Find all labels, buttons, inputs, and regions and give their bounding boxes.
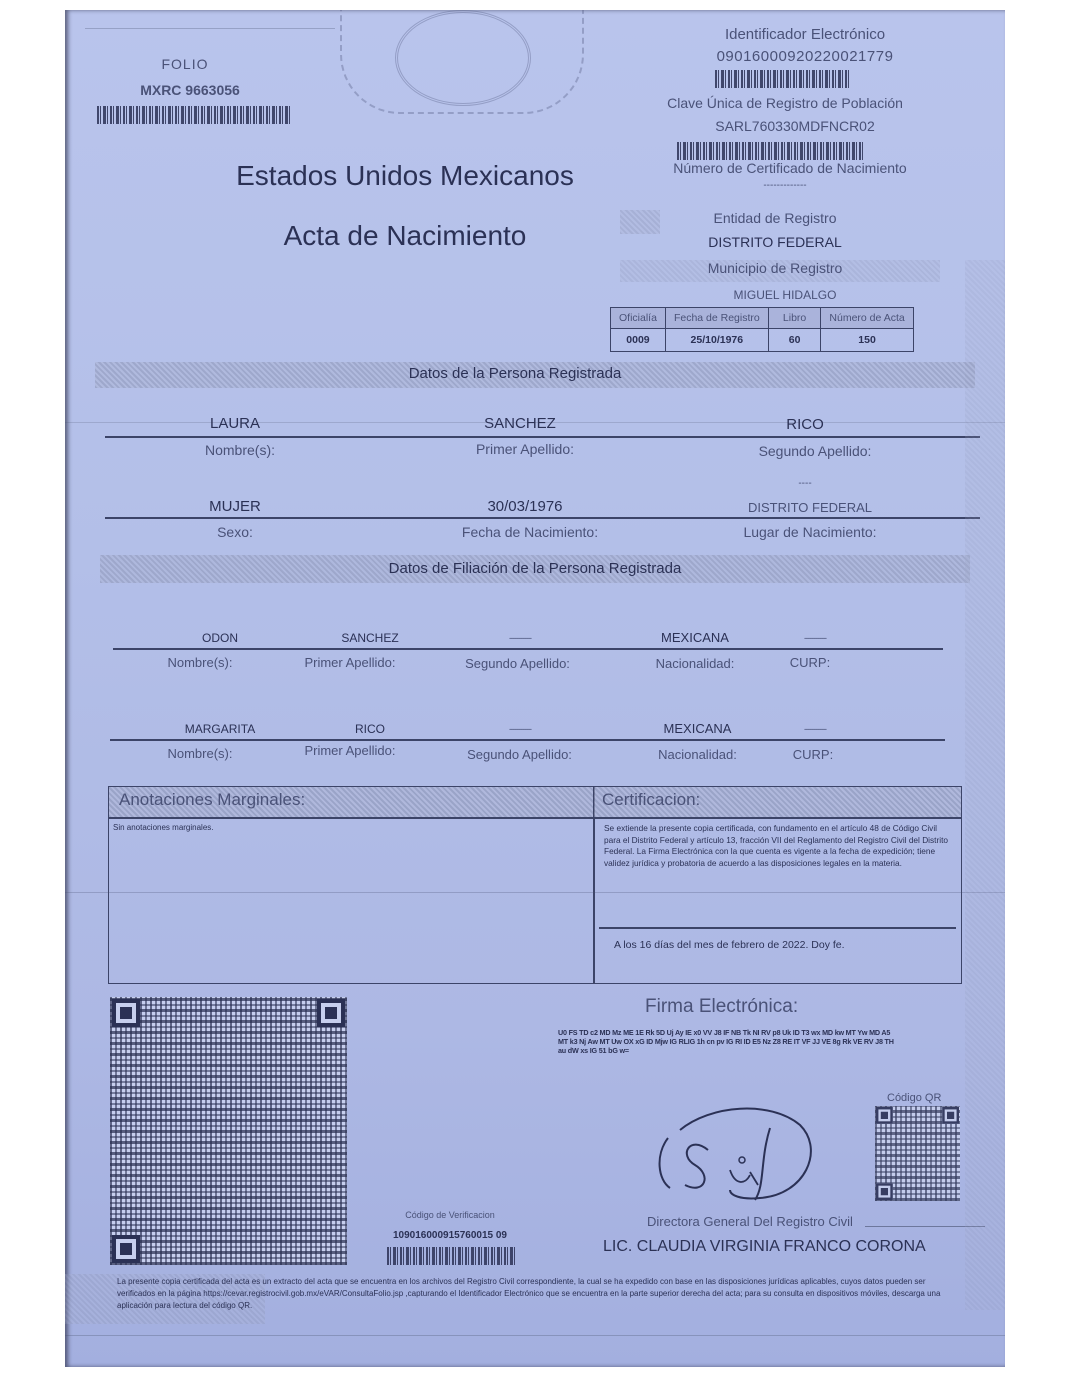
person-birthplace-value: DISTRITO FEDERAL	[730, 500, 890, 515]
certification-box: Certificacion: Se extiende la presente c…	[593, 786, 962, 984]
parent2-name-label: Nombre(s):	[155, 746, 245, 761]
parent2-nationality-value: MEXICANA	[645, 721, 750, 736]
registry-header-acta: Número de Acta	[821, 308, 913, 329]
parent2-first-surname-label: Primer Apellido:	[295, 743, 405, 758]
person-birthdate-value: 30/03/1976	[465, 498, 585, 515]
parent1-curp-value: -----------	[780, 633, 850, 643]
electronic-id-value: 09016000920220021779	[655, 48, 955, 65]
person-birthdate-label: Fecha de Nacimiento:	[445, 524, 615, 540]
qr-finder-pattern	[112, 1235, 140, 1263]
microtext-border	[85, 28, 335, 29]
parent1-first-surname-value: SANCHEZ	[330, 631, 410, 645]
curp-label: Clave Única de Registro de Población	[635, 95, 935, 111]
parent2-second-surname-value: -----------	[485, 724, 555, 734]
underline	[105, 517, 980, 519]
person-name-label: Nombre(s):	[175, 442, 305, 458]
person-first-surname-label: Primer Apellido:	[450, 441, 600, 457]
parent2-name-value: MARGARITA	[170, 722, 270, 736]
qr-finder-pattern	[317, 999, 345, 1027]
parent1-name-label: Nombre(s):	[155, 655, 245, 670]
registry-acta: 150	[821, 329, 913, 352]
parent2-first-surname-value: RICO	[335, 722, 405, 736]
person-sex-value: MUJER	[185, 498, 285, 515]
parent1-curp-label: CURP:	[780, 655, 840, 670]
marginal-notes-text: Sin anotaciones marginales.	[113, 823, 214, 832]
underline	[105, 436, 980, 438]
person-sex-label: Sexo:	[185, 524, 285, 540]
microtext-line	[65, 1335, 1005, 1336]
registry-header-libro: Libro	[768, 308, 821, 329]
parent1-first-surname-label: Primer Apellido:	[295, 655, 405, 670]
qr-finder-pattern	[112, 999, 140, 1027]
registry-oficialia: 0009	[611, 329, 666, 352]
parent1-nationality-value: MEXICANA	[645, 630, 745, 645]
registry-fecha: 25/10/1976	[665, 329, 768, 352]
parent2-curp-value: -----------	[780, 724, 850, 734]
person-birthplace-label: Lugar de Nacimiento:	[725, 524, 895, 540]
qr-finder-pattern	[876, 1183, 893, 1200]
registry-libro: 60	[768, 329, 821, 352]
entity-value: DISTRITO FEDERAL	[685, 234, 865, 250]
certification-title: Certificacion:	[602, 790, 700, 810]
underline	[113, 648, 943, 650]
e-signature-hash: U0 FS TD c2 MD Mz ME 1E Rk 5D Uj Ay IE x…	[558, 1028, 898, 1055]
electronic-id-barcode	[715, 70, 851, 88]
person-second-surname-label: Segundo Apellido:	[735, 443, 895, 459]
marginal-notes-title: Anotaciones Marginales:	[119, 790, 305, 810]
qr-finder-pattern	[876, 1107, 893, 1124]
parent1-name-value: ODON	[185, 631, 255, 645]
person-name-value: LAURA	[185, 415, 285, 432]
municipality-label: Municipio de Registro	[685, 260, 865, 276]
entity-label: Entidad de Registro	[685, 210, 865, 226]
person-second-surname-value: RICO	[755, 416, 855, 433]
registry-table: Oficialía Fecha de Registro Libro Número…	[610, 307, 914, 352]
signatory-title: Directora General Del Registro Civil	[647, 1214, 853, 1229]
folio-label: FOLIO	[105, 56, 265, 72]
country-title: Estados Unidos Mexicanos	[225, 160, 585, 192]
verification-barcode	[387, 1247, 515, 1265]
small-qr-code[interactable]	[875, 1106, 960, 1201]
birth-certificate-paper: FOLIO MXRC 9663056 Estados Unidos Mexica…	[65, 10, 1005, 1367]
guilloche-border	[965, 260, 1005, 1310]
handwritten-signature	[650, 1100, 840, 1210]
certification-divider	[599, 927, 956, 929]
folio-value: MXRC 9663056	[105, 82, 275, 98]
section-title-registered: Datos de la Persona Registrada	[345, 365, 685, 382]
footer-legal-text: La presente copia certificada del acta e…	[117, 1276, 957, 1312]
parent1-second-surname-label: Segundo Apellido:	[455, 656, 580, 671]
person-first-surname-value: SANCHEZ	[465, 415, 575, 432]
verification-code-label: Código de Verificacion	[380, 1210, 520, 1220]
birthplace-note: ----	[785, 478, 825, 489]
curp-value: SARL760330MDFNCR02	[645, 118, 945, 134]
parent2-nationality-label: Nacionalidad:	[645, 747, 750, 762]
microtext-line	[65, 892, 1005, 893]
curp-barcode	[677, 142, 865, 160]
marginal-notes-box: Anotaciones Marginales: Sin anotaciones …	[108, 786, 595, 984]
birth-cert-number-label: Número de Certificado de Nacimiento	[640, 160, 940, 176]
parent2-curp-label: CURP:	[783, 747, 843, 762]
parent1-nationality-label: Nacionalidad:	[645, 656, 745, 671]
section-title-filiation: Datos de Filiación de la Persona Registr…	[345, 560, 725, 577]
birth-cert-number-value: -------------	[725, 180, 845, 191]
eagle-emblem-icon	[395, 10, 531, 106]
parent1-second-surname-value: -----------	[485, 633, 555, 643]
registry-header-fecha: Fecha de Registro	[665, 308, 768, 329]
electronic-id-label: Identificador Electrónico	[655, 26, 955, 43]
verification-qr-code[interactable]	[110, 997, 347, 1265]
folio-barcode	[97, 106, 291, 124]
municipality-value: MIGUEL HIDALGO	[695, 288, 875, 302]
certification-text: Se extiende la presente copia certificad…	[604, 823, 949, 869]
registry-header-oficialia: Oficialía	[611, 308, 666, 329]
small-qr-label: Código QR	[887, 1092, 941, 1104]
underline	[110, 739, 945, 741]
parent2-second-surname-label: Segundo Apellido:	[457, 747, 582, 762]
e-signature-title: Firma Electrónica:	[645, 996, 798, 1018]
watermark-patch	[620, 210, 660, 234]
qr-finder-pattern	[942, 1107, 959, 1124]
verification-code-value: 109016000915760015 09	[380, 1230, 520, 1241]
certification-date: A los 16 días del mes de febrero de 2022…	[614, 939, 845, 951]
signatory-name: LIC. CLAUDIA VIRGINIA FRANCO CORONA	[603, 1238, 926, 1256]
document-title: Acta de Nacimiento	[235, 220, 575, 252]
